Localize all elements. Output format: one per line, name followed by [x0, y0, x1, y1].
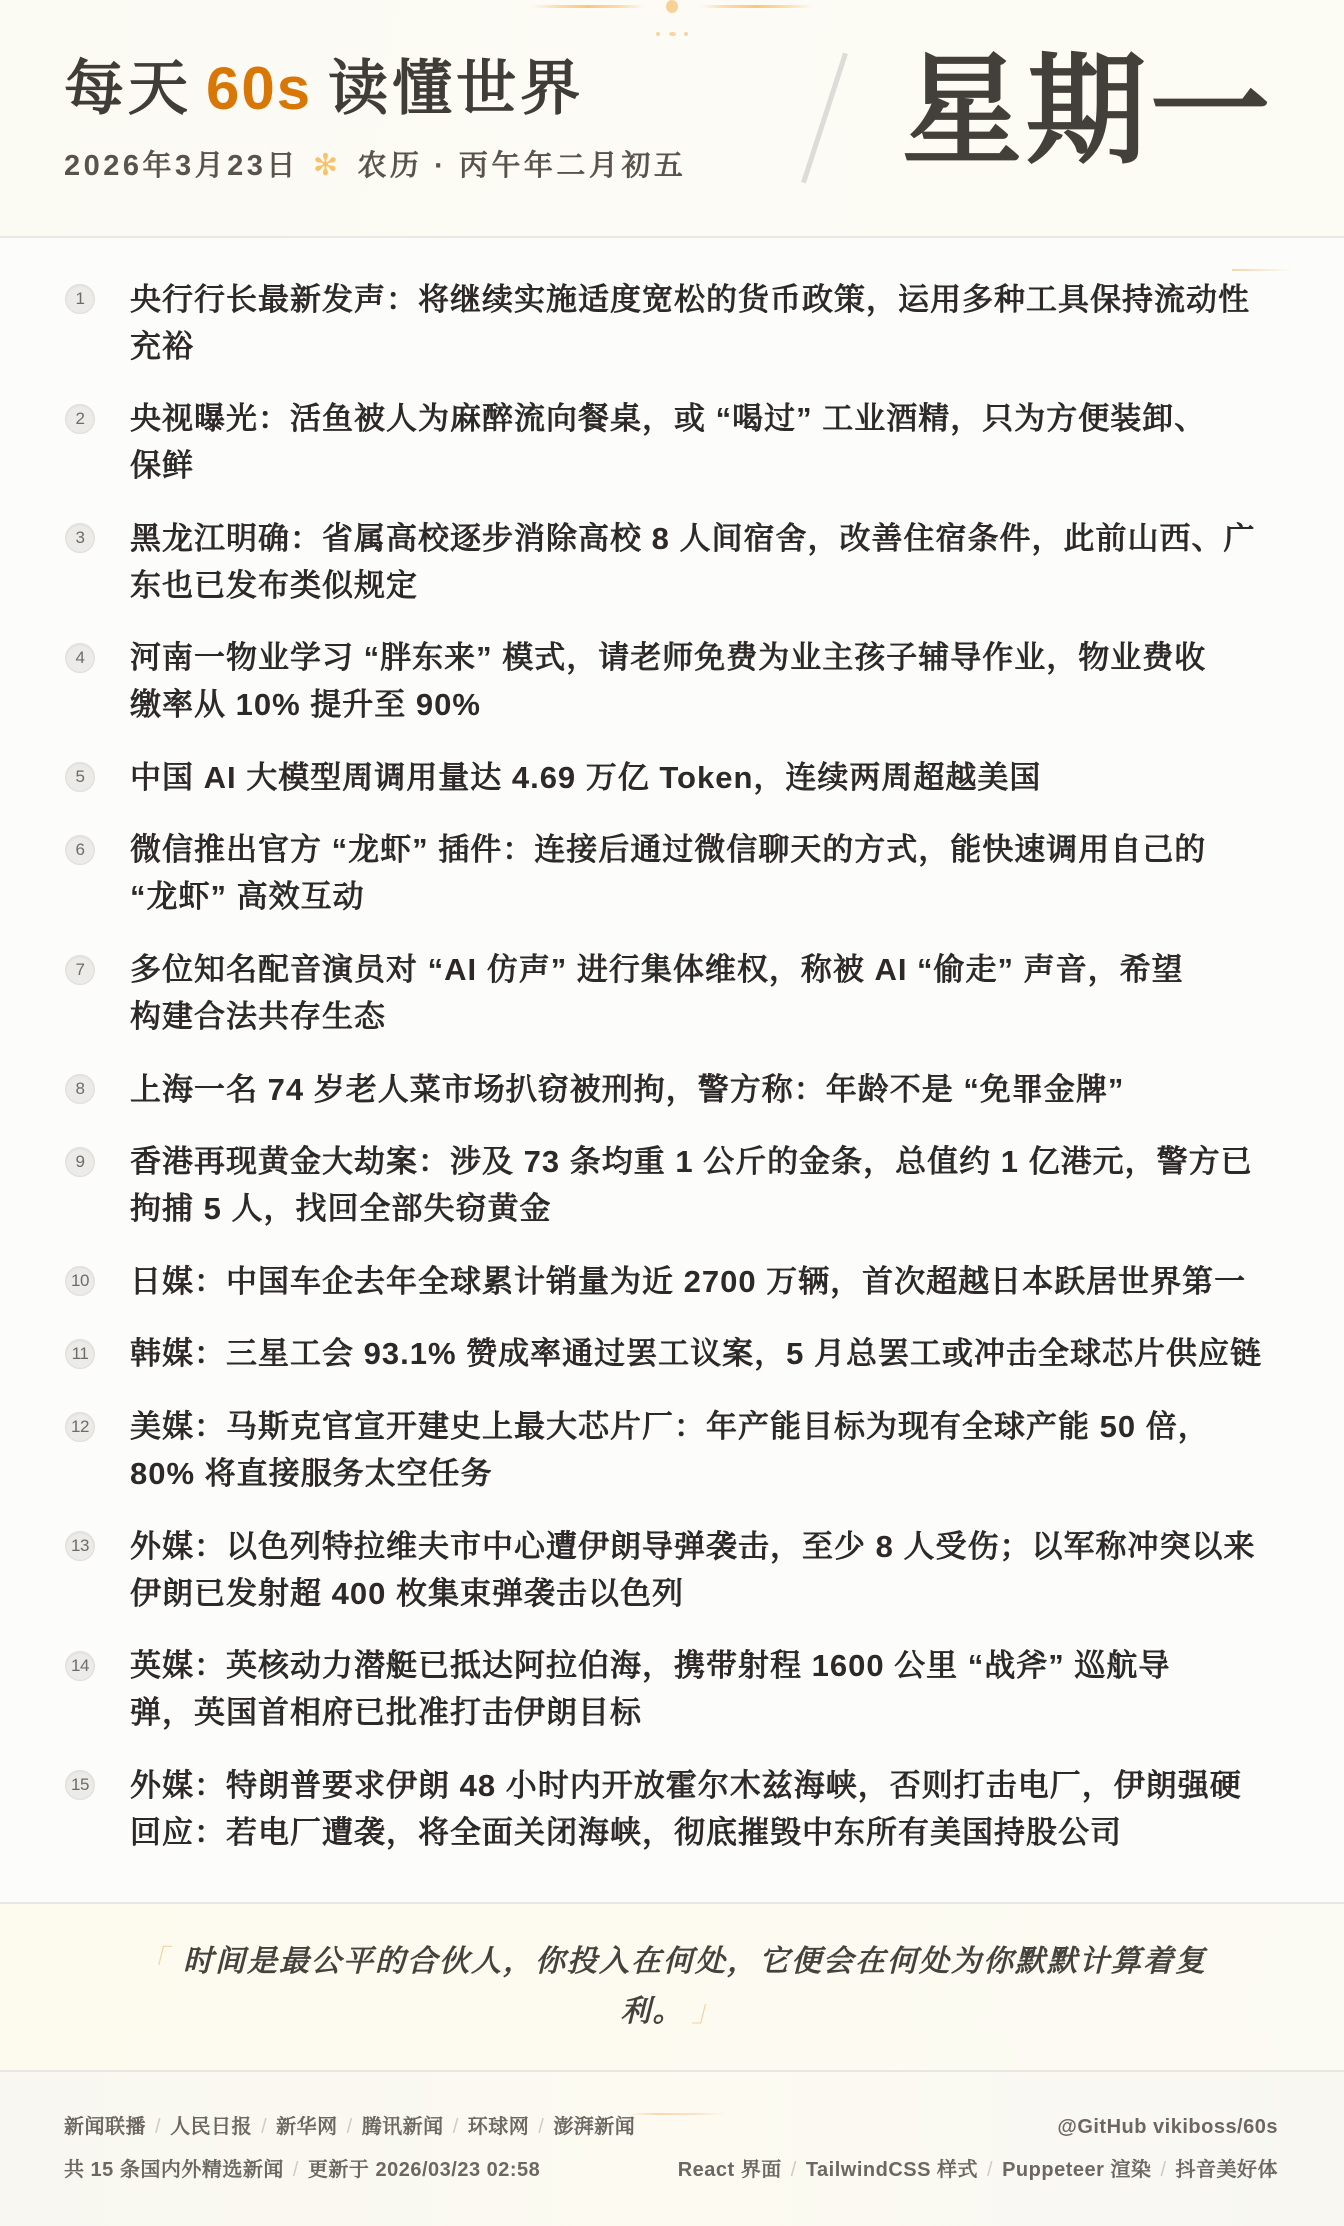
item-number-badge: 7: [65, 955, 95, 985]
updated-time: 更新于 2026/03/23 02:58: [308, 2159, 540, 2181]
headline-line: 多位知名配音演员对 “AI 仿声” 进行集体维权，称被 AI “偷走” 声音，希…: [130, 946, 1184, 993]
news-headline: 韩媒：三星工会 93.1% 赞成率通过罢工议案，5 月总罢工或冲击全球芯片供应链: [130, 1330, 1262, 1377]
source-name: 新华网: [276, 2116, 338, 2138]
headline-line: “龙虾” 高效互动: [130, 873, 1206, 920]
source-name: 人民日报: [170, 2116, 252, 2138]
separator: /: [791, 2159, 797, 2181]
news-headline: 央视曝光：活鱼被人为麻醉流向餐桌，或 “喝过” 工业酒精，只为方便装卸、 保鲜: [130, 395, 1206, 489]
source-name: 新闻联播: [64, 2116, 146, 2138]
weekday: 星期一: [902, 51, 1274, 171]
headline-line: 构建合法共存生态: [130, 993, 1184, 1040]
open-quote-bracket-icon: 「: [137, 1945, 169, 1978]
news-item: 11 韩媒：三星工会 93.1% 赞成率通过罢工议案，5 月总罢工或冲击全球芯片…: [65, 1330, 1284, 1377]
page-title: 每天60s读懂世界: [64, 58, 584, 120]
separator: /: [155, 2116, 161, 2138]
item-number-badge: 2: [65, 404, 95, 434]
close-quote-bracket-icon: 」: [692, 1995, 724, 2028]
item-number-badge: 5: [65, 762, 95, 792]
news-item: 1 央行行长最新发声：将继续实施适度宽松的货币政策，运用多种工具保持流动性 充裕: [65, 276, 1284, 370]
news-list-section: 1 央行行长最新发声：将继续实施适度宽松的货币政策，运用多种工具保持流动性 充裕…: [0, 238, 1344, 1902]
top-decoration-line-right: [700, 5, 813, 8]
title-prefix: 每天: [64, 55, 192, 122]
headline-line: 河南一物业学习 “胖东来” 模式，请老师免费为业主孩子辅导作业，物业费收: [130, 634, 1206, 681]
headline-line: 伊朗已发射超 400 枚集束弹袭击以色列: [130, 1570, 1255, 1617]
news-headline: 英媒：英核动力潜艇已抵达阿拉伯海，携带射程 1600 公里 “战斧” 巡航导 弹…: [130, 1642, 1170, 1736]
news-item: 3 黑龙江明确：省属高校逐步消除高校 8 人间宿舍，改善住宿条件，此前山西、广 …: [65, 515, 1284, 609]
news-item: 9 香港再现黄金大劫案：涉及 73 条均重 1 公斤的金条，总值约 1 亿港元，…: [65, 1138, 1284, 1232]
item-number-badge: 8: [65, 1074, 95, 1104]
news-headline: 微信推出官方 “龙虾” 插件：连接后通过微信聊天的方式，能快速调用自己的 “龙虾…: [130, 826, 1206, 920]
news-headline: 外媒：以色列特拉维夫市中心遭伊朗导弹袭击，至少 8 人受伤；以军称冲突以来 伊朗…: [130, 1523, 1255, 1617]
quote-line: 利。」: [0, 1987, 1344, 2037]
news-headline: 上海一名 74 岁老人菜市场扒窃被刑拘，警方称：年龄不是 “免罪金牌”: [130, 1066, 1124, 1113]
item-number-badge: 11: [65, 1339, 95, 1369]
separator: /: [261, 2116, 267, 2138]
top-decoration-orb: [666, 0, 678, 13]
news-headline: 中国 AI 大模型周调用量达 4.69 万亿 Token，连续两周超越美国: [130, 754, 1041, 801]
headline-line: 弹，英国首相府已批准打击伊朗目标: [130, 1689, 1170, 1736]
separator: /: [1160, 2159, 1166, 2181]
quote-line: 「时间是最公平的合伙人，你投入在何处，它便会在何处为你默默计算着复: [0, 1937, 1344, 1987]
slash-divider: [801, 53, 848, 184]
tech-stack: React 界面/TailwindCSS 样式/Puppeteer 渲染/抖音美…: [678, 2155, 1278, 2185]
news-item: 7 多位知名配音演员对 “AI 仿声” 进行集体维权，称被 AI “偷走” 声音…: [65, 946, 1284, 1040]
solar-date: 2026年3月23日: [64, 150, 299, 182]
footer-left: 新闻联播/人民日报/新华网/腾讯新闻/环球网/澎湃新闻 共 15 条国内外精选新…: [64, 2112, 635, 2185]
news-item: 4 河南一物业学习 “胖东来” 模式，请老师免费为业主孩子辅导作业，物业费收 缴…: [65, 634, 1284, 728]
tech-item: TailwindCSS 样式: [806, 2159, 978, 2181]
headline-line: 黑龙江明确：省属高校逐步消除高校 8 人间宿舍，改善住宿条件，此前山西、广: [130, 515, 1255, 562]
headline-line: 拘捕 5 人，找回全部失窃黄金: [130, 1185, 1253, 1232]
github-credit: @GitHub vikiboss/60s: [678, 2112, 1278, 2142]
headline-line: 韩媒：三星工会 93.1% 赞成率通过罢工议案，5 月总罢工或冲击全球芯片供应链: [130, 1330, 1262, 1377]
headline-line: 回应：若电厂遭袭，将全面关闭海峡，彻底摧毁中东所有美国持股公司: [130, 1809, 1242, 1856]
headline-line: 80% 将直接服务太空任务: [130, 1450, 1210, 1497]
news-item: 12 美媒：马斯克官宣开建史上最大芯片厂：年产能目标为现有全球产能 50 倍， …: [65, 1403, 1284, 1497]
headline-line: 日媒：中国车企去年全球累计销量为近 2700 万辆，首次超越日本跃居世界第一: [130, 1258, 1246, 1305]
news-headline: 美媒：马斯克官宣开建史上最大芯片厂：年产能目标为现有全球产能 50 倍， 80%…: [130, 1403, 1210, 1497]
separator: /: [538, 2116, 544, 2138]
news-item: 14 英媒：英核动力潜艇已抵达阿拉伯海，携带射程 1600 公里 “战斧” 巡航…: [65, 1642, 1284, 1736]
headline-line: 东也已发布类似规定: [130, 562, 1255, 609]
top-decoration-line-left: [531, 5, 645, 8]
news-headline: 黑龙江明确：省属高校逐步消除高校 8 人间宿舍，改善住宿条件，此前山西、广 东也…: [130, 515, 1255, 609]
news-headline: 香港再现黄金大劫案：涉及 73 条均重 1 公斤的金条，总值约 1 亿港元，警方…: [130, 1138, 1253, 1232]
header: 每天60s读懂世界 2026年3月23日✻农历 · 丙午年二月初五 星期一: [0, 0, 1344, 238]
date-line: 2026年3月23日✻农历 · 丙午年二月初五: [64, 149, 686, 183]
headline-line: 英媒：英核动力潜艇已抵达阿拉伯海，携带射程 1600 公里 “战斧” 巡航导: [130, 1642, 1170, 1689]
news-headline: 日媒：中国车企去年全球累计销量为近 2700 万辆，首次超越日本跃居世界第一: [130, 1258, 1246, 1305]
headline-line: 微信推出官方 “龙虾” 插件：连接后通过微信聊天的方式，能快速调用自己的: [130, 826, 1206, 873]
news-item: 15 外媒：特朗普要求伊朗 48 小时内开放霍尔木兹海峡，否则打击电厂，伊朗强硬…: [65, 1762, 1284, 1856]
source-name: 环球网: [468, 2116, 530, 2138]
asterisk-icon: ✻: [313, 149, 342, 182]
news-item: 2 央视曝光：活鱼被人为麻醉流向餐桌，或 “喝过” 工业酒精，只为方便装卸、 保…: [65, 395, 1284, 489]
item-number-badge: 6: [65, 835, 95, 865]
item-number-badge: 1: [65, 284, 95, 314]
item-number-badge: 4: [65, 643, 95, 673]
separator: /: [293, 2159, 299, 2181]
separator: /: [987, 2159, 993, 2181]
quote-text: 时间是最公平的合伙人，你投入在何处，它便会在何处为你默默计算着复: [183, 1945, 1207, 1978]
news-decoration-line: [1232, 269, 1293, 271]
quote-text: 利。: [621, 1995, 670, 2028]
item-number-badge: 15: [65, 1770, 95, 1800]
news-item: 10 日媒：中国车企去年全球累计销量为近 2700 万辆，首次超越日本跃居世界第…: [65, 1258, 1284, 1305]
headline-line: 保鲜: [130, 442, 1206, 489]
headline-line: 中国 AI 大模型周调用量达 4.69 万亿 Token，连续两周超越美国: [130, 754, 1041, 801]
item-number-badge: 12: [65, 1412, 95, 1442]
headline-line: 央行行长最新发声：将继续实施适度宽松的货币政策，运用多种工具保持流动性: [130, 276, 1250, 323]
decoration-dot: [669, 32, 676, 36]
news-summary: 共 15 条国内外精选新闻/更新于 2026/03/23 02:58: [64, 2155, 635, 2185]
tech-item: Puppeteer 渲染: [1002, 2159, 1151, 2181]
tech-item: React 界面: [678, 2159, 782, 2181]
news-list: 1 央行行长最新发声：将继续实施适度宽松的货币政策，运用多种工具保持流动性 充裕…: [0, 276, 1344, 1856]
headline-line: 上海一名 74 岁老人菜市场扒窃被刑拘，警方称：年龄不是 “免罪金牌”: [130, 1066, 1124, 1113]
title-highlight: 60s: [206, 55, 312, 122]
source-name: 澎湃新闻: [553, 2116, 635, 2138]
item-number-badge: 3: [65, 523, 95, 553]
separator: /: [453, 2116, 459, 2138]
daily-quote: 「时间是最公平的合伙人，你投入在何处，它便会在何处为你默默计算着复 利。」: [0, 1902, 1344, 2072]
news-headline: 外媒：特朗普要求伊朗 48 小时内开放霍尔木兹海峡，否则打击电厂，伊朗强硬 回应…: [130, 1762, 1242, 1856]
tech-item: 抖音美好体: [1176, 2159, 1279, 2181]
decoration-dot: [684, 32, 688, 36]
item-number-badge: 10: [65, 1266, 95, 1296]
news-item: 5 中国 AI 大模型周调用量达 4.69 万亿 Token，连续两周超越美国: [65, 754, 1284, 801]
title-suffix: 读懂世界: [328, 55, 584, 122]
news-sources: 新闻联播/人民日报/新华网/腾讯新闻/环球网/澎湃新闻: [64, 2112, 635, 2142]
lunar-date: 农历 · 丙午年二月初五: [358, 150, 687, 182]
item-number-badge: 13: [65, 1531, 95, 1561]
news-item: 13 外媒：以色列特拉维夫市中心遭伊朗导弹袭击，至少 8 人受伤；以军称冲突以来…: [65, 1523, 1284, 1617]
news-headline: 央行行长最新发声：将继续实施适度宽松的货币政策，运用多种工具保持流动性 充裕: [130, 276, 1250, 370]
footer: 新闻联播/人民日报/新华网/腾讯新闻/环球网/澎湃新闻 共 15 条国内外精选新…: [0, 2072, 1344, 2226]
news-headline: 多位知名配音演员对 “AI 仿声” 进行集体维权，称被 AI “偷走” 声音，希…: [130, 946, 1184, 1040]
headline-line: 央视曝光：活鱼被人为麻醉流向餐桌，或 “喝过” 工业酒精，只为方便装卸、: [130, 395, 1206, 442]
news-count-summary: 共 15 条国内外精选新闻: [64, 2159, 284, 2181]
item-number-badge: 14: [65, 1651, 95, 1681]
item-number-badge: 9: [65, 1147, 95, 1177]
news-headline: 河南一物业学习 “胖东来” 模式，请老师免费为业主孩子辅导作业，物业费收 缴率从…: [130, 634, 1206, 728]
news-item: 8 上海一名 74 岁老人菜市场扒窃被刑拘，警方称：年龄不是 “免罪金牌”: [65, 1066, 1284, 1113]
headline-line: 外媒：以色列特拉维夫市中心遭伊朗导弹袭击，至少 8 人受伤；以军称冲突以来: [130, 1523, 1255, 1570]
source-name: 腾讯新闻: [362, 2116, 444, 2138]
footer-right: @GitHub vikiboss/60s React 界面/TailwindCS…: [678, 2112, 1278, 2185]
headline-line: 外媒：特朗普要求伊朗 48 小时内开放霍尔木兹海峡，否则打击电厂，伊朗强硬: [130, 1762, 1242, 1809]
headline-line: 缴率从 10% 提升至 90%: [130, 681, 1206, 728]
headline-line: 香港再现黄金大劫案：涉及 73 条均重 1 公斤的金条，总值约 1 亿港元，警方…: [130, 1138, 1253, 1185]
separator: /: [347, 2116, 353, 2138]
decoration-dot: [656, 32, 660, 36]
news-item: 6 微信推出官方 “龙虾” 插件：连接后通过微信聊天的方式，能快速调用自己的 “…: [65, 826, 1284, 920]
headline-line: 美媒：马斯克官宣开建史上最大芯片厂：年产能目标为现有全球产能 50 倍，: [130, 1403, 1210, 1450]
headline-line: 充裕: [130, 323, 1250, 370]
